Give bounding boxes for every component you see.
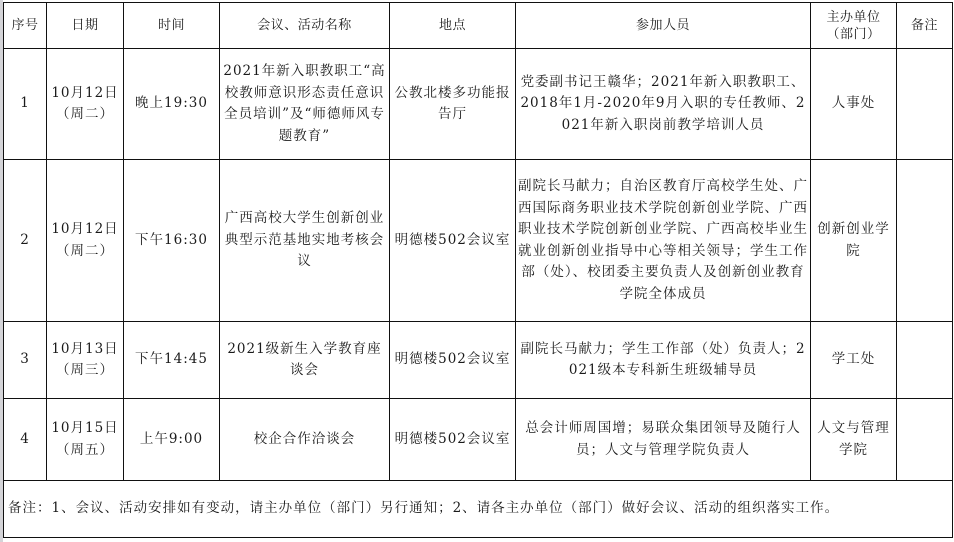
footnote-row: 备注：1、会议、活动安排如有变动，请主办单位（部门）另行通知；2、请各主办单位（…: [4, 481, 953, 538]
cell-date: 10月12日 （周二）: [47, 49, 124, 160]
cell-seq: 3: [4, 322, 47, 399]
cell-location: 明德楼502会议室: [390, 399, 516, 481]
table-row: 1 10月12日 （周二） 晚上19:30 2021年新入职教职工“高校教师意识…: [4, 49, 953, 160]
cell-seq: 4: [4, 399, 47, 481]
cell-participants: 副院长马献力；自治区教育厅高校学生处、广西国际商务职业技术学院创新创业学院、广西…: [516, 160, 811, 322]
cell-time: 晚上19:30: [124, 49, 220, 160]
cell-remark: [897, 49, 953, 160]
cell-participants: 总会计师周国增；易联众集团领导及随行人员；人文与管理学院负责人: [516, 399, 811, 481]
header-date: 日期: [47, 3, 124, 49]
cell-host: 学工处: [811, 322, 897, 399]
header-name: 会议、活动名称: [220, 3, 390, 49]
cell-seq: 1: [4, 49, 47, 160]
cell-date: 10月12日 （周二）: [47, 160, 124, 322]
cell-seq: 2: [4, 160, 47, 322]
header-host: 主办单位 （部门）: [811, 3, 897, 49]
cell-host: 创新创业学院: [811, 160, 897, 322]
cell-location: 公教北楼多功能报告厅: [390, 49, 516, 160]
header-participants: 参加人员: [516, 3, 811, 49]
header-remark: 备注: [897, 3, 953, 49]
cell-date: 10月15日 （周五）: [47, 399, 124, 481]
cell-participants: 党委副书记王赣华；2021年新入职教职工、 2018年1月-2020年9月入职的…: [516, 49, 811, 160]
table-row: 2 10月12日 （周二） 下午16:30 广西高校大学生创新创业典型示范基地实…: [4, 160, 953, 322]
header-seq: 序号: [4, 3, 47, 49]
cell-host: 人文与管理学院: [811, 399, 897, 481]
cell-participants: 副院长马献力；学生工作部（处）负责人；2021级本专科新生班级辅导员: [516, 322, 811, 399]
cell-name: 2021级新生入学教育座谈会: [220, 322, 390, 399]
table-row: 3 10月13日 （周三） 下午14:45 2021级新生入学教育座谈会 明德楼…: [4, 322, 953, 399]
header-row: 序号 日期 时间 会议、活动名称 地点 参加人员 主办单位 （部门） 备注: [4, 3, 953, 49]
cell-remark: [897, 322, 953, 399]
cell-host: 人事处: [811, 49, 897, 160]
cell-time: 下午16:30: [124, 160, 220, 322]
header-location: 地点: [390, 3, 516, 49]
footnote-text: 备注：1、会议、活动安排如有变动，请主办单位（部门）另行通知；2、请各主办单位（…: [4, 481, 953, 538]
cell-location: 明德楼502会议室: [390, 322, 516, 399]
schedule-table: 序号 日期 时间 会议、活动名称 地点 参加人员 主办单位 （部门） 备注 1 …: [3, 2, 953, 538]
cell-remark: [897, 399, 953, 481]
cell-name: 校企合作洽谈会: [220, 399, 390, 481]
cell-time: 下午14:45: [124, 322, 220, 399]
cell-remark: [897, 160, 953, 322]
table-row: 4 10月15日 （周五） 上午9:00 校企合作洽谈会 明德楼502会议室 总…: [4, 399, 953, 481]
header-time: 时间: [124, 3, 220, 49]
cell-location: 明德楼502会议室: [390, 160, 516, 322]
cell-name: 2021年新入职教职工“高校教师意识形态责任意识全员培训”及“师德师风专题教育”: [220, 49, 390, 160]
cell-name: 广西高校大学生创新创业典型示范基地实地考核会议: [220, 160, 390, 322]
cell-date: 10月13日 （周三）: [47, 322, 124, 399]
cell-time: 上午9:00: [124, 399, 220, 481]
